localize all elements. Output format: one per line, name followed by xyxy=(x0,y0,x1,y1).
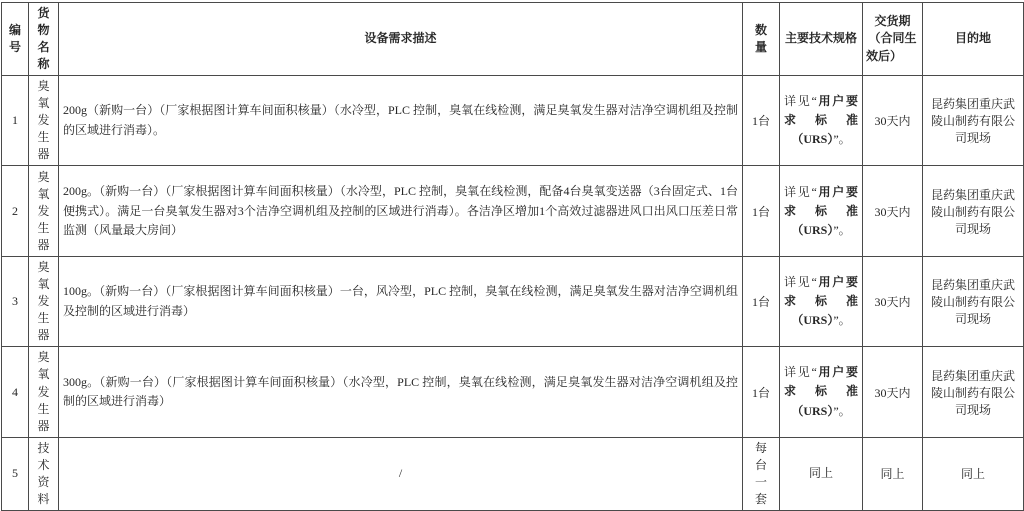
row-name: 臭氧发生器 xyxy=(29,76,59,166)
col-header-name: 货物名称 xyxy=(29,3,59,76)
row-quantity: 每台一套 xyxy=(743,437,780,510)
row-id: 2 xyxy=(2,166,29,257)
col-header-quantity: 数量 xyxy=(743,3,780,76)
row-description: 100g。（新购一台）（厂家根据图计算车间面积核量）一台，风冷型，PLC 控制，… xyxy=(59,257,743,347)
row-delivery: 30天内 xyxy=(863,257,923,347)
row-description: 200g（新购一台）（厂家根据图计算车间面积核量）（水冷型，PLC 控制，臭氧在… xyxy=(59,76,743,166)
row-quantity: 1台 xyxy=(743,347,780,437)
row-spec: 详见“用户要求标准（URS）”。 xyxy=(780,347,863,437)
row-destination: 同上 xyxy=(923,437,1024,510)
col-header-id-label: 编号 xyxy=(9,22,21,56)
row-quantity: 1台 xyxy=(743,257,780,347)
row-delivery: 30天内 xyxy=(863,166,923,257)
row-destination: 昆药集团重庆武陵山制药有限公司现场 xyxy=(923,257,1024,347)
equipment-requirements-table: 编号 货物名称 设备需求描述 数量 主要技术规格 交货期（合同生效后） 目的地 … xyxy=(1,2,1024,511)
scanned-document-page: 编号 货物名称 设备需求描述 数量 主要技术规格 交货期（合同生效后） 目的地 … xyxy=(0,0,1024,448)
row-description: / xyxy=(59,437,743,510)
col-header-quantity-label: 数量 xyxy=(755,22,767,56)
col-header-destination: 目的地 xyxy=(923,3,1024,76)
row-quantity: 1台 xyxy=(743,166,780,257)
row-name: 臭氧发生器 xyxy=(29,347,59,437)
row-id: 4 xyxy=(2,347,29,437)
row-destination: 昆药集团重庆武陵山制药有限公司现场 xyxy=(923,166,1024,257)
row-name: 臭氧发生器 xyxy=(29,166,59,257)
row-spec: 同上 xyxy=(780,437,863,510)
row-destination: 昆药集团重庆武陵山制药有限公司现场 xyxy=(923,76,1024,166)
row-name: 技术资料 xyxy=(29,437,59,510)
row-spec: 详见“用户要求标准（URS）”。 xyxy=(780,76,863,166)
header-row: 编号 货物名称 设备需求描述 数量 主要技术规格 交货期（合同生效后） 目的地 xyxy=(2,3,1024,76)
row-spec: 详见“用户要求标准（URS）”。 xyxy=(780,257,863,347)
row-spec: 详见“用户要求标准（URS）”。 xyxy=(780,166,863,257)
row-id: 5 xyxy=(2,437,29,510)
col-header-description: 设备需求描述 xyxy=(59,3,743,76)
table-row: 3 臭氧发生器 100g。（新购一台）（厂家根据图计算车间面积核量）一台，风冷型… xyxy=(2,257,1024,347)
row-name: 臭氧发生器 xyxy=(29,257,59,347)
col-header-name-label: 货物名称 xyxy=(38,5,50,73)
row-delivery: 30天内 xyxy=(863,347,923,437)
col-header-delivery: 交货期（合同生效后） xyxy=(863,3,923,76)
row-description: 300g。（新购一台）（厂家根据图计算车间面积核量）（水冷型，PLC 控制，臭氧… xyxy=(59,347,743,437)
row-delivery: 同上 xyxy=(863,437,923,510)
row-quantity: 1台 xyxy=(743,76,780,166)
row-id: 1 xyxy=(2,76,29,166)
table-row: 4 臭氧发生器 300g。（新购一台）（厂家根据图计算车间面积核量）（水冷型，P… xyxy=(2,347,1024,437)
row-description: 200g。（新购一台）（厂家根据图计算车间面积核量）（水冷型，PLC 控制，臭氧… xyxy=(59,166,743,257)
table-row: 5 技术资料 / 每台一套 同上 同上 同上 xyxy=(2,437,1024,510)
row-id: 3 xyxy=(2,257,29,347)
table-row: 1 臭氧发生器 200g（新购一台）（厂家根据图计算车间面积核量）（水冷型，PL… xyxy=(2,76,1024,166)
row-delivery: 30天内 xyxy=(863,76,923,166)
col-header-spec: 主要技术规格 xyxy=(780,3,863,76)
table-row: 2 臭氧发生器 200g。（新购一台）（厂家根据图计算车间面积核量）（水冷型，P… xyxy=(2,166,1024,257)
row-destination: 昆药集团重庆武陵山制药有限公司现场 xyxy=(923,347,1024,437)
col-header-id: 编号 xyxy=(2,3,29,76)
